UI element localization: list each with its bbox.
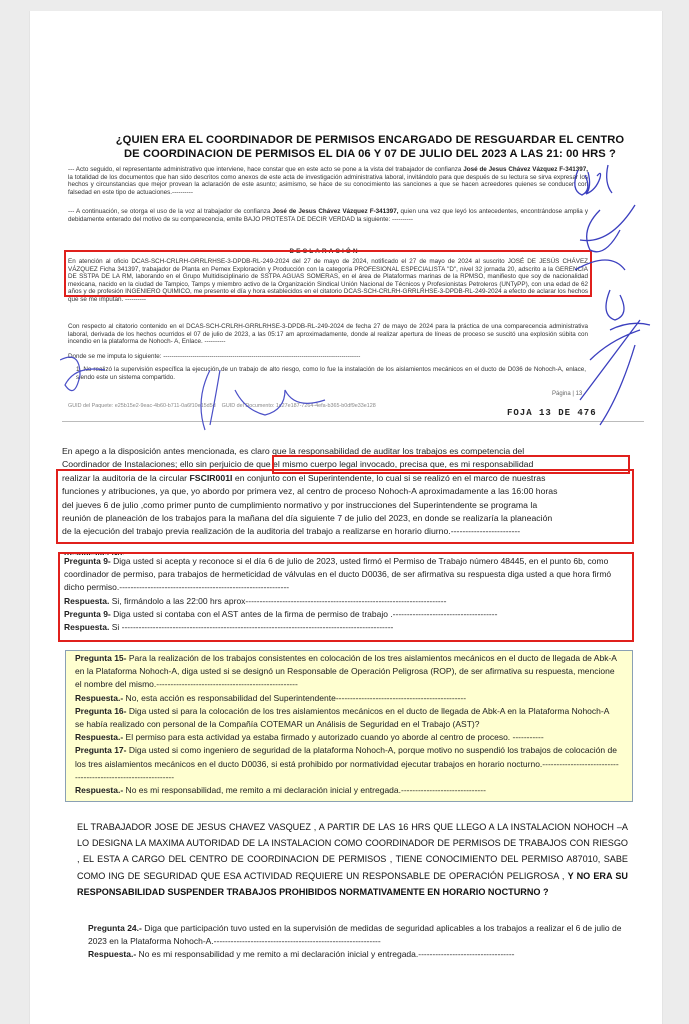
answer: Respuesta.- No, esta acción es responsab… (75, 692, 620, 705)
title-line-2: DE COORDINACION DE PERMISOS EL DIA 06 Y … (90, 147, 650, 161)
scan-paragraph-1: --- Acto seguido, el representante admin… (68, 166, 588, 196)
question: Pregunta 16- Diga usted si para la coloc… (75, 705, 620, 731)
excerpt-pregunta-24: Pregunta 24.- Diga que participación tuv… (88, 922, 623, 962)
question: Pregunta 24.- Diga que participación tuv… (88, 922, 623, 948)
excerpt-preguntas-15-17: Pregunta 15- Para la realización de los … (75, 652, 620, 797)
question: Pregunta 15- Para la realización de los … (75, 652, 620, 692)
handwritten-signature-bottom (60, 350, 380, 440)
question: Pregunta 17- Diga usted si como ingenier… (75, 744, 620, 784)
scan-paragraph-2: --- A continuación, se otorga el uso de … (68, 208, 588, 223)
page-title: ¿QUIEN ERA EL COORDINADOR DE PERMISOS EN… (90, 133, 650, 161)
title-line-1: ¿QUIEN ERA EL COORDINADOR DE PERMISOS EN… (90, 133, 650, 147)
red-highlight-box (58, 552, 634, 642)
red-highlight-box (64, 250, 592, 297)
scan-paragraph-4: Con respecto al citatorio contenido en e… (68, 323, 588, 346)
red-highlight-box (56, 469, 634, 544)
answer: Respuesta.- No es mi responsabilidad, me… (75, 784, 620, 797)
handwritten-signatures (560, 160, 670, 440)
commentary-paragraph: EL TRABAJADOR JOSE DE JESUS CHAVEZ VASQU… (77, 819, 628, 900)
answer: Respuesta.- No es mi responsabilidad y m… (88, 948, 623, 961)
answer: Respuesta.- El permiso para esta activid… (75, 731, 620, 744)
